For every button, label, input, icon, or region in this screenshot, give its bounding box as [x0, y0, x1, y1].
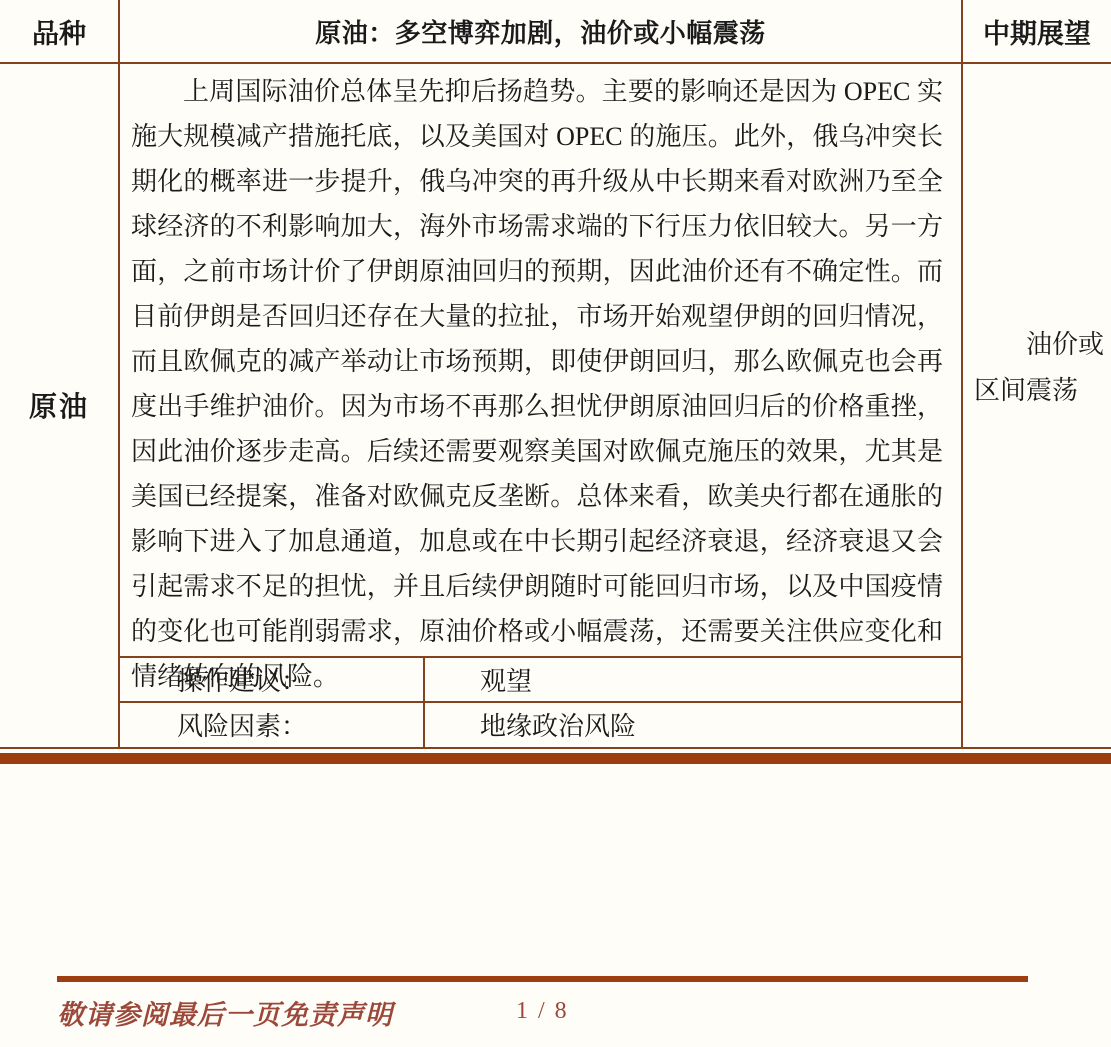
- variety-cell: 原油: [0, 63, 118, 747]
- analysis-text: 上周国际油价总体呈先抑后扬趋势。主要的影响还是因为 OPEC 实施大规模减产措施…: [131, 69, 943, 699]
- outlook-text: 油价或区间震荡: [974, 322, 1104, 414]
- vertical-border-left: [118, 0, 120, 749]
- table-header-outlook: 中期展望: [963, 0, 1111, 62]
- footer-rule: [57, 976, 1028, 982]
- table-bottom-accent-bar: [0, 753, 1111, 764]
- risk-label: 风险因素：: [121, 702, 477, 747]
- report-page: 品种 原油：多空博弈加剧，油价或小幅震荡 中期展望 原油 上周国际油价总体呈先抑…: [0, 0, 1111, 1047]
- advice-label: 操作建议：: [121, 657, 477, 701]
- report-title: 原油：多空博弈加剧，油价或小幅震荡: [120, 0, 961, 62]
- table-header-variety: 品种: [0, 0, 118, 62]
- header-bottom-border: [0, 62, 1111, 64]
- page-number: 1 / 8: [516, 998, 569, 1025]
- advice-value: 观望: [425, 657, 960, 701]
- disclaimer-text: 敬请参阅最后一页免责声明: [57, 993, 393, 1032]
- risk-value: 地缘政治风险: [425, 702, 960, 747]
- vertical-border-right: [961, 0, 963, 749]
- table-bottom-border: [0, 747, 1111, 749]
